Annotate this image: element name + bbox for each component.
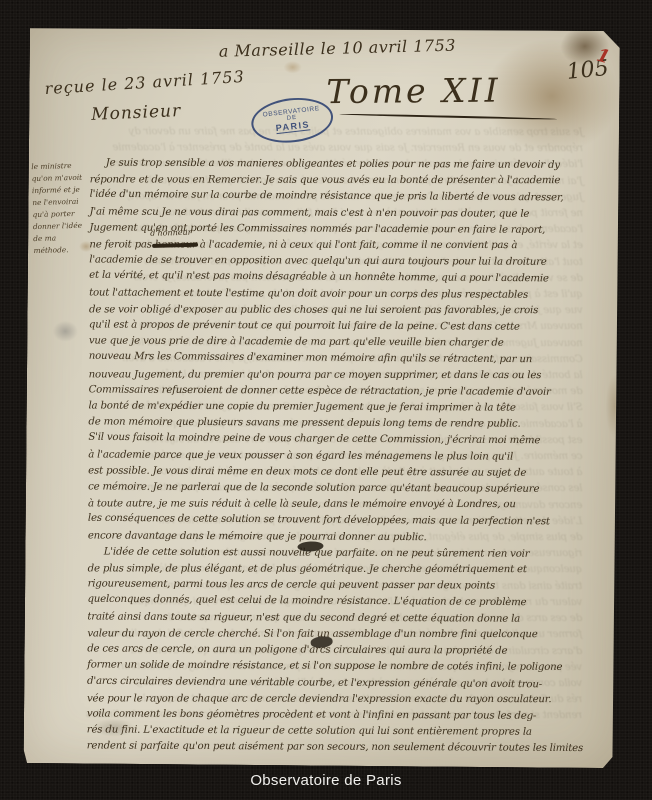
manuscript-line: traité ainsi dans toute sa rigueur, n'es… (87, 609, 607, 628)
manuscript-line: vée pour le rayon de chaque arc de cercl… (87, 691, 607, 708)
manuscript-line: tout l'attachement et toute l'estime qu'… (89, 285, 609, 304)
manuscript-page: Je suis trop sensible a vos manieres obl… (24, 26, 620, 768)
interline-correction: d'honneur (150, 228, 192, 238)
observatoire-stamp: OBSERVATOIRE DE PARIS (249, 94, 335, 147)
margin-note-line: de ma méthode. (33, 231, 94, 257)
manuscript-line: nouveau Jugement, du premier qu'on pourr… (89, 367, 609, 384)
photo-caption: Observatoire de Paris (0, 772, 652, 789)
tome-label: Tome XII (326, 71, 501, 112)
manuscript-line: de plus simple, de plus élégant, et de p… (88, 561, 608, 578)
stamp-text-bottom: PARIS (275, 119, 310, 134)
salutation: Monsieur (91, 101, 182, 125)
received-annotation: reçue le 23 avril 1753 (44, 67, 245, 98)
manuscript-line: L'idée de cette solution est aussi nouve… (104, 544, 608, 563)
paper-stain (280, 58, 306, 76)
manuscript-line: rendent si parfaite qu'on peut aisément … (87, 739, 607, 758)
red-pen-mark: 1 (594, 45, 612, 69)
tome-underline-flourish (339, 113, 557, 120)
manuscript-line: nouveau Mrs les Commissaires d'examiner … (89, 349, 609, 369)
paper-stain (47, 316, 83, 346)
place-date: a Marseille le 10 avril 1753 (219, 36, 457, 61)
manuscript-line: de se voir obligé d'exposer au public de… (89, 302, 609, 319)
manuscript-line: valeur du rayon de cercle cherché. Si l'… (87, 626, 607, 643)
margin-note: le ministrequ'on m'avoitinformé et jene … (31, 160, 93, 258)
